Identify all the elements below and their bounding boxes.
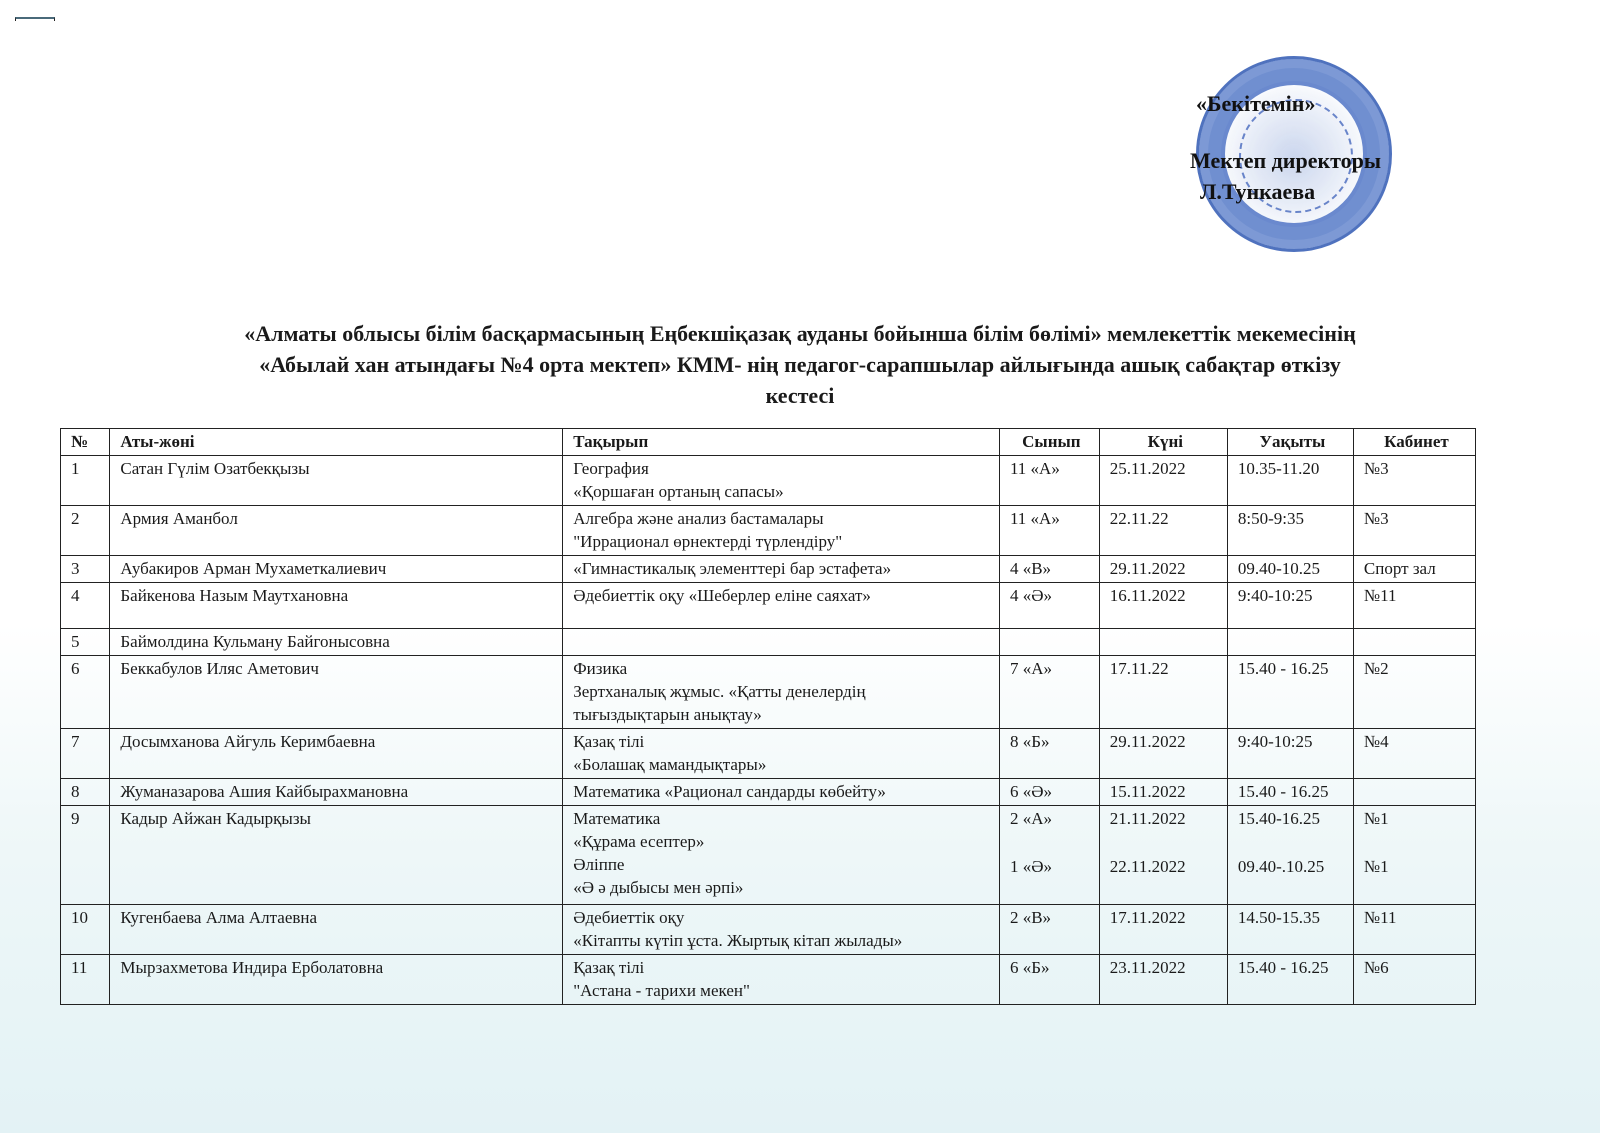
lesson-topic-line: «Құрама есептер» — [573, 830, 993, 853]
class-grade: 2 «В» — [999, 905, 1099, 955]
row-number: 1 — [61, 456, 110, 506]
classroom: №2 — [1353, 656, 1475, 729]
lesson-topic: Математика«Құрама есептер»Әліппе«Ә ә дыб… — [563, 806, 1000, 905]
class-grade-line: 1 «Ә» — [1010, 855, 1093, 878]
class-grade-line: 4 «В» — [1010, 557, 1093, 580]
class-grade — [999, 629, 1099, 656]
lesson-topic: Математика «Рационал сандарды көбейту» — [563, 779, 1000, 806]
line-gap — [1364, 830, 1469, 855]
table-row: 3Аубакиров Арман Мухаметкалиевич«Гимнаст… — [61, 556, 1476, 583]
lesson-date: 17.11.22 — [1099, 656, 1227, 729]
lesson-topic-line: "Иррационал өрнектерді түрлендіру" — [573, 530, 993, 553]
class-grade: 6 «Ә» — [999, 779, 1099, 806]
teacher-name: Беккабулов Иляс Аметович — [110, 656, 563, 729]
class-grade-line: 2 «В» — [1010, 906, 1093, 929]
lesson-date: 16.11.2022 — [1099, 583, 1227, 629]
lesson-topic-line: Қазақ тілі — [573, 956, 993, 979]
lesson-date: 29.11.2022 — [1099, 729, 1227, 779]
lesson-time-line: 9:40-10:25 — [1238, 730, 1347, 753]
lesson-date-line: 22.11.22 — [1110, 507, 1221, 530]
lesson-time: 15.40 - 16.25 — [1227, 656, 1353, 729]
lesson-topic: Алгебра және анализ бастамалары"Иррацион… — [563, 506, 1000, 556]
lesson-topic-line: Математика «Рационал сандарды көбейту» — [573, 780, 993, 803]
lesson-topic-line: Алгебра және анализ бастамалары — [573, 507, 993, 530]
lesson-date-line: 29.11.2022 — [1110, 730, 1221, 753]
lesson-time-line: 15.40 - 16.25 — [1238, 780, 1347, 803]
classroom-line: №4 — [1364, 730, 1469, 753]
lesson-date: 25.11.2022 — [1099, 456, 1227, 506]
lesson-time: 8:50-9:35 — [1227, 506, 1353, 556]
classroom-line: №2 — [1364, 657, 1469, 680]
row-number: 9 — [61, 806, 110, 905]
lesson-topic-line: Әдебиеттік оқу — [573, 906, 993, 929]
lesson-time: 15.40 - 16.25 — [1227, 955, 1353, 1005]
lesson-time-line: 09.40-.10.25 — [1238, 855, 1347, 878]
classroom-line: №11 — [1364, 906, 1469, 929]
lesson-time — [1227, 629, 1353, 656]
lesson-time-line: 14.50-15.35 — [1238, 906, 1347, 929]
table-row: 10Кугенбаева Алма АлтаевнаӘдебиеттік оқу… — [61, 905, 1476, 955]
lesson-date-line: 17.11.22 — [1110, 657, 1221, 680]
class-grade-line: 6 «Ә» — [1010, 780, 1093, 803]
lesson-time-line: 9:40-10:25 — [1238, 584, 1347, 607]
lesson-topic-line: «Болашақ мамандықтары» — [573, 753, 993, 776]
classroom: №6 — [1353, 955, 1475, 1005]
title-line-2: «Абылай хан атындағы №4 орта мектеп» КММ… — [60, 349, 1540, 380]
teacher-name: Сатан Гүлім Озатбекқызы — [110, 456, 563, 506]
col-header-date: Күні — [1099, 429, 1227, 456]
document-title: «Алматы облысы білім басқармасының Еңбек… — [60, 318, 1540, 411]
table-row: 2Армия АманболАлгебра және анализ бастам… — [61, 506, 1476, 556]
lesson-time: 15.40-16.2509.40-.10.25 — [1227, 806, 1353, 905]
col-header-name: Аты-жөні — [110, 429, 563, 456]
lesson-topic-line: Әдебиеттік оқу «Шеберлер еліне саяхат» — [573, 584, 993, 607]
teacher-name: Мырзахметова Индира Ерболатовна — [110, 955, 563, 1005]
class-grade-line: 11 «А» — [1010, 507, 1093, 530]
classroom: №3 — [1353, 506, 1475, 556]
lesson-topic-line: «Кітапты күтіп ұста. Жыртық кітап жылады… — [573, 929, 993, 952]
lesson-date: 21.11.202222.11.2022 — [1099, 806, 1227, 905]
class-grade: 7 «А» — [999, 656, 1099, 729]
table-body: 1Сатан Гүлім ОзатбекқызыГеография«Қоршағ… — [61, 456, 1476, 1005]
lesson-topic-line: "Астана - тарихи мекен" — [573, 979, 993, 1002]
classroom-line: №3 — [1364, 457, 1469, 480]
classroom: №1№1 — [1353, 806, 1475, 905]
classroom — [1353, 779, 1475, 806]
table-header-row: № Аты-жөні Тақырып Сынып Күні Уақыты Каб… — [61, 429, 1476, 456]
teacher-name: Баймолдина Кульману Байгонысовна — [110, 629, 563, 656]
lesson-time-line: 15.40 - 16.25 — [1238, 956, 1347, 979]
class-grade: 8 «Б» — [999, 729, 1099, 779]
line-gap — [1010, 830, 1093, 855]
col-header-time: Уақыты — [1227, 429, 1353, 456]
classroom: №4 — [1353, 729, 1475, 779]
col-header-topic: Тақырып — [563, 429, 1000, 456]
classroom-line: №11 — [1364, 584, 1469, 607]
line-gap — [1238, 830, 1347, 855]
classroom: №11 — [1353, 583, 1475, 629]
table-row: 7Досымханова Айгуль КеримбаевнаҚазақ тіл… — [61, 729, 1476, 779]
lesson-date: 15.11.2022 — [1099, 779, 1227, 806]
row-number: 11 — [61, 955, 110, 1005]
table-row: 6Беккабулов Иляс АметовичФизикаЗертханал… — [61, 656, 1476, 729]
teacher-name: Досымханова Айгуль Керимбаевна — [110, 729, 563, 779]
lesson-topic-line: Математика — [573, 807, 993, 830]
lesson-time: 9:40-10:25 — [1227, 583, 1353, 629]
lesson-date: 17.11.2022 — [1099, 905, 1227, 955]
approver-name: Л.Тункаева — [1200, 176, 1381, 207]
row-number: 4 — [61, 583, 110, 629]
lesson-time-line: 8:50-9:35 — [1238, 507, 1347, 530]
approval-block: «Бекітемін» Мектеп директоры Л.Тункаева — [1190, 88, 1381, 207]
class-grade-line: 2 «А» — [1010, 807, 1093, 830]
row-number: 3 — [61, 556, 110, 583]
lesson-topic-line: тығыздықтарын анықтау» — [573, 703, 993, 726]
row-number: 2 — [61, 506, 110, 556]
lesson-date-line: 21.11.2022 — [1110, 807, 1221, 830]
row-number: 6 — [61, 656, 110, 729]
class-grade: 2 «А»1 «Ә» — [999, 806, 1099, 905]
class-grade: 4 «В» — [999, 556, 1099, 583]
lesson-date-line: 25.11.2022 — [1110, 457, 1221, 480]
lesson-topic-line: Зертханалық жұмыс. «Қатты денелердің — [573, 680, 993, 703]
class-grade-line: 4 «Ә» — [1010, 584, 1093, 607]
table-row: 5Баймолдина Кульману Байгонысовна — [61, 629, 1476, 656]
lesson-topic-line: Әліппе — [573, 853, 993, 876]
lesson-time-line: 10.35-11.20 — [1238, 457, 1347, 480]
row-number: 7 — [61, 729, 110, 779]
title-line-3: кестесі — [60, 380, 1540, 411]
table-row: 8Жуманазарова Ашия КайбырахмановнаМатема… — [61, 779, 1476, 806]
schedule-table: № Аты-жөні Тақырып Сынып Күні Уақыты Каб… — [60, 428, 1476, 1005]
lesson-topic-line: «Ә ә дыбысы мен әрпі» — [573, 876, 993, 899]
line-gap — [1110, 830, 1221, 855]
lesson-time: 9:40-10:25 — [1227, 729, 1353, 779]
table-row: 9Кадыр Айжан КадырқызыМатематика«Құрама … — [61, 806, 1476, 905]
lesson-topic: «Гимнастикалық элементтері бар эстафета» — [563, 556, 1000, 583]
classroom: Спорт зал — [1353, 556, 1475, 583]
lesson-time: 14.50-15.35 — [1227, 905, 1353, 955]
lesson-topic: География«Қоршаған ортаның сапасы» — [563, 456, 1000, 506]
class-grade: 4 «Ә» — [999, 583, 1099, 629]
lesson-topic: Әдебиеттік оқу«Кітапты күтіп ұста. Жырты… — [563, 905, 1000, 955]
col-header-class: Сынып — [999, 429, 1099, 456]
lesson-topic: Әдебиеттік оқу «Шеберлер еліне саяхат» — [563, 583, 1000, 629]
lesson-topic-line: Қазақ тілі — [573, 730, 993, 753]
lesson-date-line: 17.11.2022 — [1110, 906, 1221, 929]
table-row: 4Байкенова Назым МаутхановнаӘдебиеттік о… — [61, 583, 1476, 629]
lesson-date — [1099, 629, 1227, 656]
row-number: 5 — [61, 629, 110, 656]
lesson-topic-line: Физика — [573, 657, 993, 680]
lesson-topic-line: «Гимнастикалық элементтері бар эстафета» — [573, 557, 993, 580]
lesson-date-line: 15.11.2022 — [1110, 780, 1221, 803]
col-header-number: № — [61, 429, 110, 456]
lesson-date: 23.11.2022 — [1099, 955, 1227, 1005]
teacher-name: Кугенбаева Алма Алтаевна — [110, 905, 563, 955]
teacher-name: Байкенова Назым Маутхановна — [110, 583, 563, 629]
lesson-date-line: 23.11.2022 — [1110, 956, 1221, 979]
approval-label: «Бекітемін» — [1196, 88, 1381, 119]
lesson-topic — [563, 629, 1000, 656]
classroom-line: №1 — [1364, 855, 1469, 878]
classroom-line: №6 — [1364, 956, 1469, 979]
teacher-name: Армия Аманбол — [110, 506, 563, 556]
class-grade-line: 7 «А» — [1010, 657, 1093, 680]
scan-edge-mark — [15, 17, 55, 21]
classroom-line: Спорт зал — [1364, 557, 1469, 580]
lesson-time-line: 15.40-16.25 — [1238, 807, 1347, 830]
table-row: 11Мырзахметова Индира ЕрболатовнаҚазақ т… — [61, 955, 1476, 1005]
class-grade-line: 11 «А» — [1010, 457, 1093, 480]
lesson-time-line: 15.40 - 16.25 — [1238, 657, 1347, 680]
lesson-date-line: 22.11.2022 — [1110, 855, 1221, 878]
teacher-name: Жуманазарова Ашия Кайбырахмановна — [110, 779, 563, 806]
classroom: №11 — [1353, 905, 1475, 955]
class-grade-line: 6 «Б» — [1010, 956, 1093, 979]
lesson-date: 29.11.2022 — [1099, 556, 1227, 583]
lesson-date-line: 16.11.2022 — [1110, 584, 1221, 607]
table-row: 1Сатан Гүлім ОзатбекқызыГеография«Қоршағ… — [61, 456, 1476, 506]
class-grade: 6 «Б» — [999, 955, 1099, 1005]
row-number: 10 — [61, 905, 110, 955]
row-number: 8 — [61, 779, 110, 806]
approver-position: Мектеп директоры — [1190, 145, 1381, 176]
col-header-room: Кабинет — [1353, 429, 1475, 456]
lesson-topic-line: «Қоршаған ортаның сапасы» — [573, 480, 993, 503]
lesson-topic: Қазақ тілі"Астана - тарихи мекен" — [563, 955, 1000, 1005]
lesson-time-line: 09.40-10.25 — [1238, 557, 1347, 580]
class-grade: 11 «А» — [999, 456, 1099, 506]
class-grade-line: 8 «Б» — [1010, 730, 1093, 753]
lesson-topic: ФизикаЗертханалық жұмыс. «Қатты денелерд… — [563, 656, 1000, 729]
lesson-time: 15.40 - 16.25 — [1227, 779, 1353, 806]
title-line-1: «Алматы облысы білім басқармасының Еңбек… — [60, 318, 1540, 349]
classroom-line: №3 — [1364, 507, 1469, 530]
teacher-name: Кадыр Айжан Кадырқызы — [110, 806, 563, 905]
lesson-date: 22.11.22 — [1099, 506, 1227, 556]
lesson-date-line: 29.11.2022 — [1110, 557, 1221, 580]
classroom: №3 — [1353, 456, 1475, 506]
class-grade: 11 «А» — [999, 506, 1099, 556]
classroom-line: №1 — [1364, 807, 1469, 830]
lesson-topic-line: География — [573, 457, 993, 480]
teacher-name: Аубакиров Арман Мухаметкалиевич — [110, 556, 563, 583]
lesson-time: 10.35-11.20 — [1227, 456, 1353, 506]
lesson-time: 09.40-10.25 — [1227, 556, 1353, 583]
lesson-topic: Қазақ тілі«Болашақ мамандықтары» — [563, 729, 1000, 779]
classroom — [1353, 629, 1475, 656]
